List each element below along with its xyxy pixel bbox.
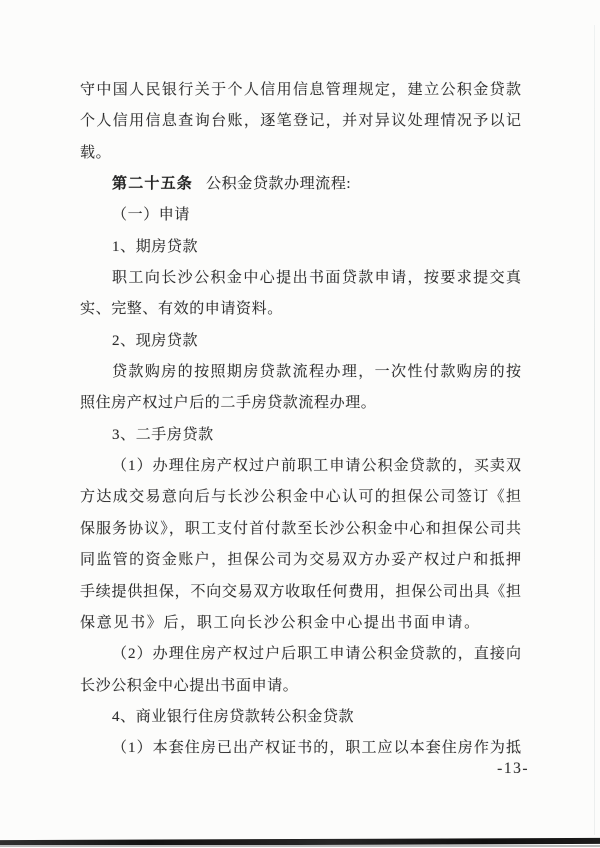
text-line: 保服务协议》，职工支付首付款至长沙公积金中心和担保公司共: [80, 514, 521, 545]
text-line: 3、二手房贷款: [80, 420, 521, 451]
scanned-document-page: 守中国人民银行关于个人信用信息管理规定，建立公积金贷款个人信用信息查询台账，逐笔…: [0, 0, 600, 848]
article-title-text: 公积金贷款办理流程:: [206, 176, 351, 192]
text-line: 同监管的资金账户，担保公司为交易双方办妥产权过户和抵押: [80, 545, 521, 576]
text-line: （1）办理住房产权过户前职工申请公积金贷款的，买卖双: [80, 451, 521, 482]
scan-edge-bottom-shadow: [0, 845, 600, 847]
text-line: 2、现房贷款: [80, 326, 521, 357]
text-line: 实、完整、有效的申请资料。: [80, 294, 521, 325]
text-line: 载。: [80, 138, 521, 169]
text-line: （1）本套住房已出产权证书的，职工应以本套住房作为抵: [80, 733, 521, 764]
text-line: 手续提供担保，不向交易双方收取任何费用，担保公司出具《担: [80, 577, 521, 608]
text-line: 职工向长沙公积金中心提出书面贷款申请，按要求提交真: [80, 263, 521, 294]
text-line: 方达成交易意向后与长沙公积金中心认可的担保公司签订《担: [80, 482, 521, 513]
text-line: 守中国人民银行关于个人信用信息管理规定，建立公积金贷款: [80, 75, 521, 106]
text-line: 照住房产权过户后的二手房贷款流程办理。: [80, 388, 521, 419]
text-line: 4、商业银行住房贷款转公积金贷款: [80, 702, 521, 733]
text-line: 贷款购房的按照期房贷款流程办理，一次性付款购房的按: [80, 357, 521, 388]
article-number-bold: 第二十五条: [112, 176, 193, 192]
text-line: 1、期房贷款: [80, 232, 521, 263]
page-number: -13-: [497, 760, 529, 778]
text-line: 保意见书》后，职工向长沙公积金中心提出书面申请。: [80, 608, 521, 639]
document-body: 守中国人民银行关于个人信用信息管理规定，建立公积金贷款个人信用信息查询台账，逐笔…: [80, 75, 521, 765]
text-line: （2）办理住房产权过户后职工申请公积金贷款的，直接向: [80, 639, 521, 670]
text-line: 个人信用信息查询台账，逐笔登记，并对异议处理情况予以记: [80, 106, 521, 137]
scan-edge-right: [594, 25, 595, 835]
text-line: 第二十五条公积金贷款办理流程:: [80, 169, 521, 200]
text-line: （一）申请: [80, 200, 521, 231]
text-line: 长沙公积金中心提出书面申请。: [80, 671, 521, 702]
